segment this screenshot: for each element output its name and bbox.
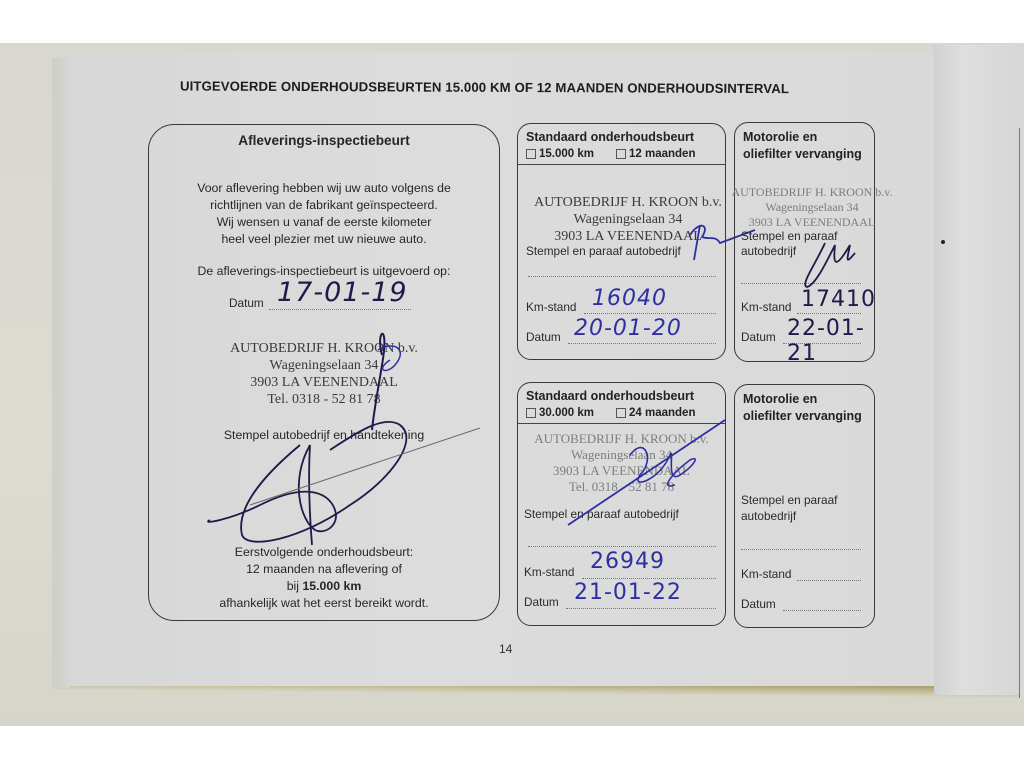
delivery-inspection-title: Afleverings-inspectiebeurt xyxy=(149,133,499,148)
checkbox-icon xyxy=(526,149,536,159)
intro-line: heel veel plezier met uw nieuwe auto. xyxy=(149,232,499,246)
stamp-city: 3903 LA VEENENDAAL xyxy=(149,374,499,391)
stamp-field-line xyxy=(528,276,716,277)
intro-line: Wij wensen u vanaf de eerste kilometer xyxy=(149,215,499,229)
service-1-box: Standaard onderhoudsbeurt 15.000 km 12 m… xyxy=(517,123,726,360)
date-field-line xyxy=(269,309,411,310)
checkbox-months[interactable]: 12 maanden xyxy=(616,148,695,160)
date-field-line xyxy=(566,608,716,609)
stamp-label-line1: Stempel en paraaf xyxy=(741,493,837,507)
stamp-name: AUTOBEDRIJF H. KROON b.v. xyxy=(149,340,499,357)
stamp-field-line[interactable] xyxy=(741,549,861,550)
intro-line: Voor aflevering hebben wij uw auto volge… xyxy=(149,181,499,195)
stamp-phone: Tel. 0318 - 52 81 78 xyxy=(149,391,499,408)
header-divider xyxy=(518,164,725,165)
facing-page-box-edge xyxy=(1019,128,1024,698)
km-label: Km-stand xyxy=(524,565,574,579)
dealer-stamp-faint: AUTOBEDRIJF H. KROON b.v. Wageningselaan… xyxy=(518,431,725,495)
km-field-line[interactable] xyxy=(797,580,861,581)
ink-dot xyxy=(941,240,945,244)
km-value-handwritten: 16040 xyxy=(592,286,667,311)
performed-on-label: De afleverings-inspectiebeurt is uitgevo… xyxy=(149,264,499,278)
date-label: Datum xyxy=(741,597,776,611)
next-service-line: 12 maanden na aflevering of xyxy=(149,562,499,576)
stamp-label-line1: Stempel en paraaf xyxy=(741,229,837,243)
stamp-field-line xyxy=(741,283,861,284)
date-value-handwritten: 21-01-22 xyxy=(574,580,682,605)
service-2-box: Standaard onderhoudsbeurt 30.000 km 24 m… xyxy=(517,382,726,626)
stamp-signature-label: Stempel autobedrijf en handtekening xyxy=(149,428,499,442)
oil-change-1-box: Motorolie en oliefilter vervanging AUTOB… xyxy=(734,122,875,362)
stamp-name: AUTOBEDRIJF H. KROON b.v. xyxy=(727,185,897,200)
stamp-street: Wageningselaan 34 xyxy=(518,447,725,463)
stamp-phone: Tel. 0318 - 52 81 78 xyxy=(518,479,725,495)
checkbox-icon xyxy=(616,149,626,159)
oil-1-title-line1: Motorolie en xyxy=(743,130,817,144)
page-header: UITGEVOERDE ONDERHOUDSBEURTEN 15.000 KM … xyxy=(180,79,860,97)
stamp-name: AUTOBEDRIJF H. KROON b.v. xyxy=(518,431,725,447)
oil-change-2-box: Motorolie en oliefilter vervanging Stemp… xyxy=(734,384,875,628)
option-months-label: 24 maanden xyxy=(629,407,695,419)
stamp-label: Stempel en paraaf autobedrijf xyxy=(526,244,681,258)
km-value-handwritten: 17410 xyxy=(801,287,876,312)
date-label: Datum xyxy=(524,595,559,609)
next-service-bij: bij xyxy=(287,579,299,593)
next-service-line: afhankelijk wat het eerst bereikt wordt. xyxy=(149,596,499,610)
stamp-street: Wageningselaan 34 xyxy=(528,211,728,228)
dealer-stamp: AUTOBEDRIJF H. KROON b.v. Wageningselaan… xyxy=(149,340,499,408)
service-1-options: 15.000 km 12 maanden xyxy=(526,148,695,160)
intro-line: richtlijnen van de fabrikant geïnspectee… xyxy=(149,198,499,212)
service-2-options: 30.000 km 24 maanden xyxy=(526,407,695,419)
stamp-city: 3903 LA VEENENDAAL xyxy=(518,463,725,479)
checkbox-icon xyxy=(526,408,536,418)
km-label: Km-stand xyxy=(741,567,791,581)
stamp-city: 3903 LA VEENENDAAL xyxy=(727,215,897,230)
date-label: Datum xyxy=(229,296,264,310)
service-1-title: Standaard onderhoudsbeurt xyxy=(526,130,694,144)
service-2-title: Standaard onderhoudsbeurt xyxy=(526,389,694,403)
stamp-city: 3903 LA VEENENDAAL xyxy=(528,228,728,245)
next-service-km-line: bij 15.000 km xyxy=(149,579,499,593)
stamp-street: Wageningselaan 34 xyxy=(727,200,897,215)
date-value-handwritten: 20-01-20 xyxy=(574,316,682,341)
km-label: Km-stand xyxy=(526,300,576,314)
date-value-handwritten: 22-01-21 xyxy=(787,316,874,366)
checkbox-km[interactable]: 30.000 km xyxy=(526,407,594,419)
km-value-handwritten: 26949 xyxy=(590,549,665,574)
stamp-label: Stempel en paraaf autobedrijf xyxy=(524,507,679,521)
km-field-line xyxy=(584,313,716,314)
checkbox-icon xyxy=(616,408,626,418)
date-field-line xyxy=(568,343,716,344)
delivery-date-handwritten: 17-01-19 xyxy=(277,277,408,308)
stamp-label-line2: autobedrijf xyxy=(741,244,796,258)
km-field-line xyxy=(582,578,716,579)
option-km-label: 30.000 km xyxy=(539,407,594,419)
next-service-line: Eerstvolgende onderhoudsbeurt: xyxy=(149,545,499,559)
checkbox-months[interactable]: 24 maanden xyxy=(616,407,695,419)
date-label: Datum xyxy=(526,330,561,344)
option-km-label: 15.000 km xyxy=(539,148,594,160)
stamp-street: Wageningselaan 34 xyxy=(149,357,499,374)
oil-2-title-line2: oliefilter vervanging xyxy=(743,409,862,423)
stamp-name: AUTOBEDRIJF H. KROON b.v. xyxy=(528,194,728,211)
date-label: Datum xyxy=(741,330,776,344)
page-number: 14 xyxy=(499,642,512,656)
dealer-stamp-faint: AUTOBEDRIJF H. KROON b.v. Wageningselaan… xyxy=(727,185,897,230)
km-field-line xyxy=(797,313,861,314)
stamp-field-line xyxy=(528,546,716,547)
option-months-label: 12 maanden xyxy=(629,148,695,160)
delivery-inspection-box: Afleverings-inspectiebeurt Voor afleveri… xyxy=(148,124,500,621)
stamp-label-line2: autobedrijf xyxy=(741,509,796,523)
oil-1-title-line2: oliefilter vervanging xyxy=(743,147,862,161)
next-service-km: 15.000 km xyxy=(302,579,361,593)
checkbox-km[interactable]: 15.000 km xyxy=(526,148,594,160)
km-label: Km-stand xyxy=(741,300,791,314)
oil-2-title-line1: Motorolie en xyxy=(743,392,817,406)
dealer-stamp: AUTOBEDRIJF H. KROON b.v. Wageningselaan… xyxy=(528,194,728,245)
date-field-line[interactable] xyxy=(783,610,861,611)
facing-page xyxy=(934,45,1024,695)
header-divider xyxy=(518,423,725,424)
